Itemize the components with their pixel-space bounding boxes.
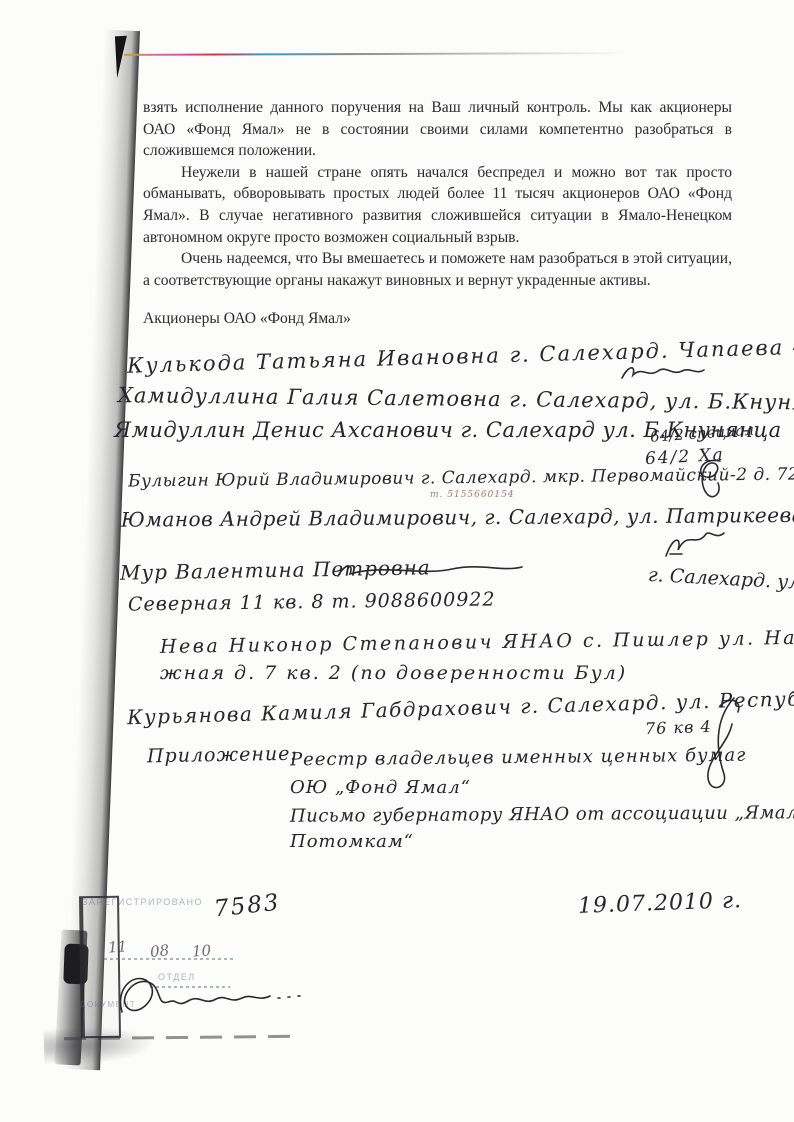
signature-bulygin [692, 455, 732, 501]
signature-kulkoda [618, 362, 708, 386]
scanner-artifact-line [124, 52, 624, 56]
shareholder-entry-2: Хамидуллина Галия Салетовна г. Салехард,… [118, 383, 794, 415]
stamp-month: 08 [149, 941, 170, 961]
attachment-line-4: Потомкам“ [290, 831, 414, 852]
corner-scan-mark [115, 36, 129, 79]
shareholder-entry-4-phone-note: т. 5155660154 [430, 490, 515, 500]
attachment-line-3: Письмо губернатору ЯНАО от ассоциации „Я… [290, 802, 794, 827]
paragraph-3: Очень надеемся, что Вы вмешаетесь и помо… [143, 248, 732, 291]
shareholder-entry-6-tail: г. Салехард. ул. [648, 564, 794, 594]
paragraph-2: Неужели в нашей стране опять начался бес… [143, 162, 732, 248]
attachment-line-2: ОЮ „Фонд Ямал“ [290, 777, 471, 798]
attachment-label: Приложение: [147, 743, 298, 768]
scanned-letter-page: взять исполнение данного поручения на Ва… [0, 0, 794, 1122]
signature-yumanov [662, 528, 728, 560]
shareholder-entry-7: Нева Никонор Степанович ЯНАО с. Пишлер у… [160, 626, 794, 658]
stamp-header-text: ЗАРЕГИСТРИРОВАНО [82, 897, 212, 907]
letter-body: взять исполнение данного поручения на Ва… [143, 97, 732, 291]
handwritten-date: 19.07.2010 г. [578, 888, 743, 919]
official-signature [112, 968, 332, 1026]
attachment-line-1: Реестр владельцев именных ценных бумаг [290, 745, 746, 771]
registration-number: 7583 [213, 890, 282, 923]
shareholder-entry-6-line2: Северная 11 кв. 8 т. 9088600922 [128, 588, 496, 615]
paragraph-1: взять исполнение данного поручения на Ва… [143, 97, 732, 162]
shareholders-heading: Акционеры ОАО «Фонд Ямал» [143, 310, 351, 328]
stamp-day: 11 [107, 937, 127, 956]
shareholder-entry-7-line2: жная д. 7 кв. 2 (по доверенности Бул) [160, 662, 627, 684]
signature-mur-dash [332, 560, 527, 582]
stamp-year: 10 [191, 941, 211, 960]
